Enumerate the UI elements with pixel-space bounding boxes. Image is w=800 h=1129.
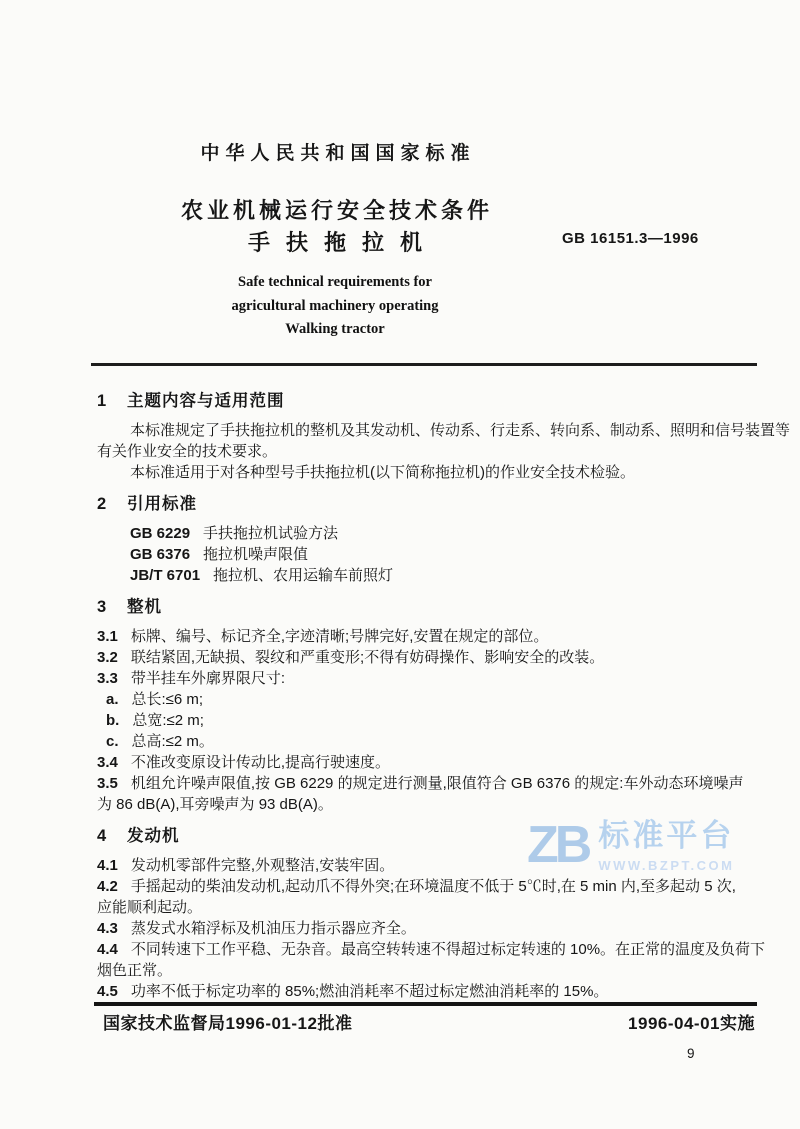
clause-number: 4.1 [97, 857, 118, 874]
section-2: 2引用标准GB 6229手扶拖拉机试验方法GB 6376拖拉机噪声限值JB/T … [97, 493, 777, 586]
clause-text: 有关作业安全的技术要求。 [97, 443, 277, 460]
clause-text: 本标准适用于对各种型号手扶拖拉机(以下简称拖拉机)的作业安全技术检验。 [130, 464, 635, 481]
text-line: 3.2联结紧固,无缺损、裂纹和严重变形;不得有妨碍操作、影响安全的改装。 [97, 647, 777, 668]
text-line: 4.4不同转速下工作平稳、无杂音。最高空转转速不得超过标定转速的 10%。在正常… [97, 939, 777, 960]
clause-number: 4.4 [97, 941, 118, 958]
document-page: 中华人民共和国国家标准 农业机械运行安全技术条件 手扶拖拉机 Safe tech… [0, 0, 800, 1129]
text-line: 有关作业安全的技术要求。 [97, 441, 777, 462]
section-3-heading: 3整机 [97, 596, 777, 618]
section-number: 1 [97, 390, 127, 412]
standard-title-en: Safe technical requirements for agricult… [0, 271, 670, 342]
text-line: JB/T 6701拖拉机、农用运输车前照灯 [97, 565, 777, 586]
footer-implementation: 1996-04-01实施 [628, 1009, 755, 1034]
text-line: 4.1发动机零部件完整,外观整洁,安装牢固。 [97, 855, 777, 876]
clause-number: 3.2 [97, 649, 118, 666]
clause-text: 总高:≤2 m。 [132, 733, 214, 750]
clause-text: 总长:≤6 m; [132, 691, 204, 708]
section-1-heading: 1主题内容与适用范围 [97, 390, 777, 412]
section-title: 主题内容与适用范围 [127, 392, 285, 410]
clause-number: 3.4 [97, 754, 118, 771]
clause-number: 4.3 [97, 920, 118, 937]
clause-text: 拖拉机、农用运输车前照灯 [213, 567, 393, 584]
clause-number: GB 6229 [130, 525, 190, 542]
clause-text: 功率不低于标定功率的 85%;燃油消耗率不超过标定燃油消耗率的 15%。 [131, 983, 609, 1000]
clause-text: 总宽:≤2 m; [132, 712, 204, 729]
title-en-line: Walking tractor [0, 318, 670, 342]
section-number: 3 [97, 596, 127, 618]
page-number: 9 [687, 1046, 695, 1061]
standard-type-title: 中华人民共和国国家标准 [0, 143, 670, 165]
text-line: a.总长:≤6 m; [97, 689, 777, 710]
clause-text: 不准改变原设计传动比,提高行驶速度。 [131, 754, 390, 771]
text-line: 3.5机组允许噪声限值,按 GB 6229 的规定进行测量,限值符合 GB 63… [97, 773, 777, 794]
standard-title-cn: 农业机械运行安全技术条件 [0, 198, 670, 224]
clause-number: 3.3 [97, 670, 118, 687]
section-title: 发动机 [127, 827, 180, 845]
text-line: 为 86 dB(A),耳旁噪声为 93 dB(A)。 [97, 794, 777, 815]
text-line: 4.3蒸发式水箱浮标及机油压力指示器应齐全。 [97, 918, 777, 939]
clause-text: 发动机零部件完整,外观整洁,安装牢固。 [131, 857, 394, 874]
text-line: 本标准规定了手扶拖拉机的整机及其发动机、传动系、行走系、转向系、制动系、照明和信… [97, 420, 777, 441]
clause-text: 蒸发式水箱浮标及机油压力指示器应齐全。 [131, 920, 416, 937]
clause-text: 手扶拖拉机试验方法 [203, 525, 338, 542]
clause-number: 4.5 [97, 983, 118, 1000]
section-number: 4 [97, 825, 127, 847]
clause-text: 标牌、编号、标记齐全,字迹清晰;号牌完好,安置在规定的部位。 [131, 628, 549, 645]
text-line: 3.4不准改变原设计传动比,提高行驶速度。 [97, 752, 777, 773]
section-4: 4发动机4.1发动机零部件完整,外观整洁,安装牢固。4.2手摇起动的柴油发动机,… [97, 825, 777, 1002]
clause-text: 手摇起动的柴油发动机,起动爪不得外突;在环境温度不低于 5℃时,在 5 min … [131, 878, 736, 895]
section-number: 2 [97, 493, 127, 515]
clause-text: 拖拉机噪声限值 [203, 546, 308, 563]
text-line: b.总宽:≤2 m; [97, 710, 777, 731]
text-line: 4.2手摇起动的柴油发动机,起动爪不得外突;在环境温度不低于 5℃时,在 5 m… [97, 876, 777, 897]
text-line: 4.5功率不低于标定功率的 85%;燃油消耗率不超过标定燃油消耗率的 15%。 [97, 981, 777, 1002]
text-line: 3.1标牌、编号、标记齐全,字迹清晰;号牌完好,安置在规定的部位。 [97, 626, 777, 647]
clause-number: 3.1 [97, 628, 118, 645]
section-3: 3整机3.1标牌、编号、标记齐全,字迹清晰;号牌完好,安置在规定的部位。3.2联… [97, 596, 777, 815]
clause-text: 烟色正常。 [97, 962, 172, 979]
section-2-heading: 2引用标准 [97, 493, 777, 515]
clause-number: 4.2 [97, 878, 118, 895]
section-4-heading: 4发动机 [97, 825, 777, 847]
clause-text: 不同转速下工作平稳、无杂音。最高空转转速不得超过标定转速的 10%。在正常的温度… [131, 941, 765, 958]
text-line: 3.3带半挂车外廓界限尺寸: [97, 668, 777, 689]
clause-number: 3.5 [97, 775, 118, 792]
clause-number: c. [106, 733, 119, 750]
text-line: GB 6229手扶拖拉机试验方法 [97, 523, 777, 544]
footer-divider [94, 1002, 757, 1006]
clause-number: GB 6376 [130, 546, 190, 563]
title-en-line: Safe technical requirements for [0, 271, 670, 295]
text-line: 本标准适用于对各种型号手扶拖拉机(以下简称拖拉机)的作业安全技术检验。 [97, 462, 777, 483]
clause-text: 本标准规定了手扶拖拉机的整机及其发动机、传动系、行走系、转向系、制动系、照明和信… [130, 422, 790, 439]
clause-text: 为 86 dB(A),耳旁噪声为 93 dB(A)。 [97, 796, 333, 813]
text-line: 烟色正常。 [97, 960, 777, 981]
section-1: 1主题内容与适用范围本标准规定了手扶拖拉机的整机及其发动机、传动系、行走系、转向… [97, 390, 777, 483]
footer-approval: 国家技术监督局1996-01-12批准 [103, 1009, 352, 1034]
document-body: 1主题内容与适用范围本标准规定了手扶拖拉机的整机及其发动机、传动系、行走系、转向… [97, 380, 777, 1002]
clause-text: 应能顺利起动。 [97, 899, 202, 916]
clause-number: b. [106, 712, 119, 729]
section-title: 引用标准 [127, 495, 197, 513]
text-line: GB 6376拖拉机噪声限值 [97, 544, 777, 565]
section-title: 整机 [127, 598, 162, 616]
clause-number: a. [106, 691, 119, 708]
header-divider [91, 363, 757, 366]
clause-text: 联结紧固,无缺损、裂纹和严重变形;不得有妨碍操作、影响安全的改装。 [131, 649, 604, 666]
clause-text: 机组允许噪声限值,按 GB 6229 的规定进行测量,限值符合 GB 6376 … [131, 775, 744, 792]
clause-text: 带半挂车外廓界限尺寸: [131, 670, 285, 687]
text-line: c.总高:≤2 m。 [97, 731, 777, 752]
text-line: 应能顺利起动。 [97, 897, 777, 918]
standard-number: GB 16151.3—1996 [562, 230, 699, 247]
title-en-line: agricultural machinery operating [0, 295, 670, 319]
clause-number: JB/T 6701 [130, 567, 200, 584]
